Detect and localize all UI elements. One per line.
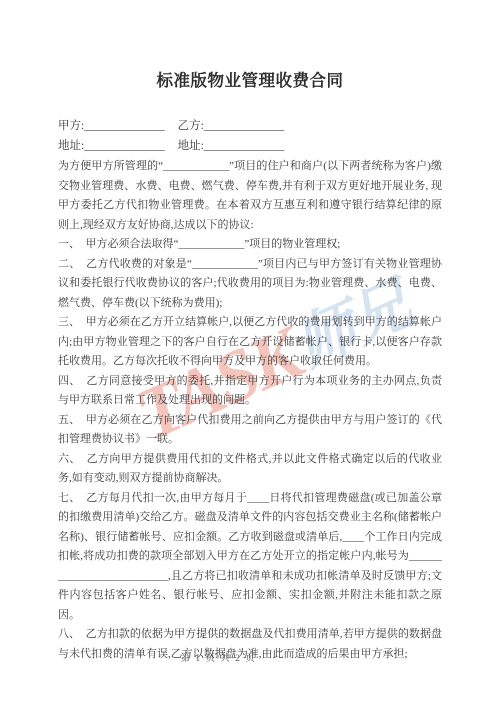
clause-2: 二、 乙方代收费的对象是“____________”项目内已与甲方签订有关物业管… bbox=[58, 255, 442, 314]
page-title: 标准版物业管理收费合同 bbox=[0, 69, 500, 93]
party-row: 地址:______________ 地址:______________ bbox=[58, 137, 442, 157]
clause-6: 六、 乙方向甲方提供费用代扣的文件格式,并以此文件格式确定以后的代收业务,如有变… bbox=[58, 450, 442, 489]
contract-page: TASK 师兄 标准版物业管理收费合同 甲方:______________ 乙方… bbox=[0, 0, 500, 706]
party-a-field: 甲方:______________ bbox=[58, 120, 165, 132]
parties-block: 甲方:______________ 乙方:______________ 地址:_… bbox=[58, 117, 442, 156]
intro-paragraph: 为方便甲方所管理的“____________”项目的住户和商户(以下两者统称为客… bbox=[58, 157, 442, 235]
address-b-field: 地址:______________ bbox=[178, 140, 285, 152]
clause-3: 三、 甲方必须在乙方开立结算帐户,以便乙方代收的费用划转到甲方的结算帐户内;由甲… bbox=[58, 313, 442, 372]
clause-4: 四、 乙方同意接受甲方的委托,并指定甲方开户行为本项业务的主办网点,负责与甲方联… bbox=[58, 372, 442, 411]
page-number: 第 1 页 共 2 页 bbox=[0, 650, 437, 664]
document-body: 标准版物业管理收费合同 甲方:______________ 乙方:_______… bbox=[0, 69, 500, 664]
clause-1: 一、 甲方必须合法取得“____________”项目的物业管理权; bbox=[58, 235, 442, 255]
address-a-field: 地址:______________ bbox=[58, 140, 165, 152]
party-b-field: 乙方:______________ bbox=[178, 120, 285, 132]
party-row: 甲方:______________ 乙方:______________ bbox=[58, 117, 442, 137]
clause-7: 七、 乙方每月代扣一次,由甲方每月于____日将代扣管理费磁盘(或已加盖公章的扣… bbox=[58, 489, 442, 626]
clause-5: 五、 甲方必须在乙方向客户代扣费用之前向乙方提供由甲方与用户签订的《代扣管理费协… bbox=[58, 411, 442, 450]
